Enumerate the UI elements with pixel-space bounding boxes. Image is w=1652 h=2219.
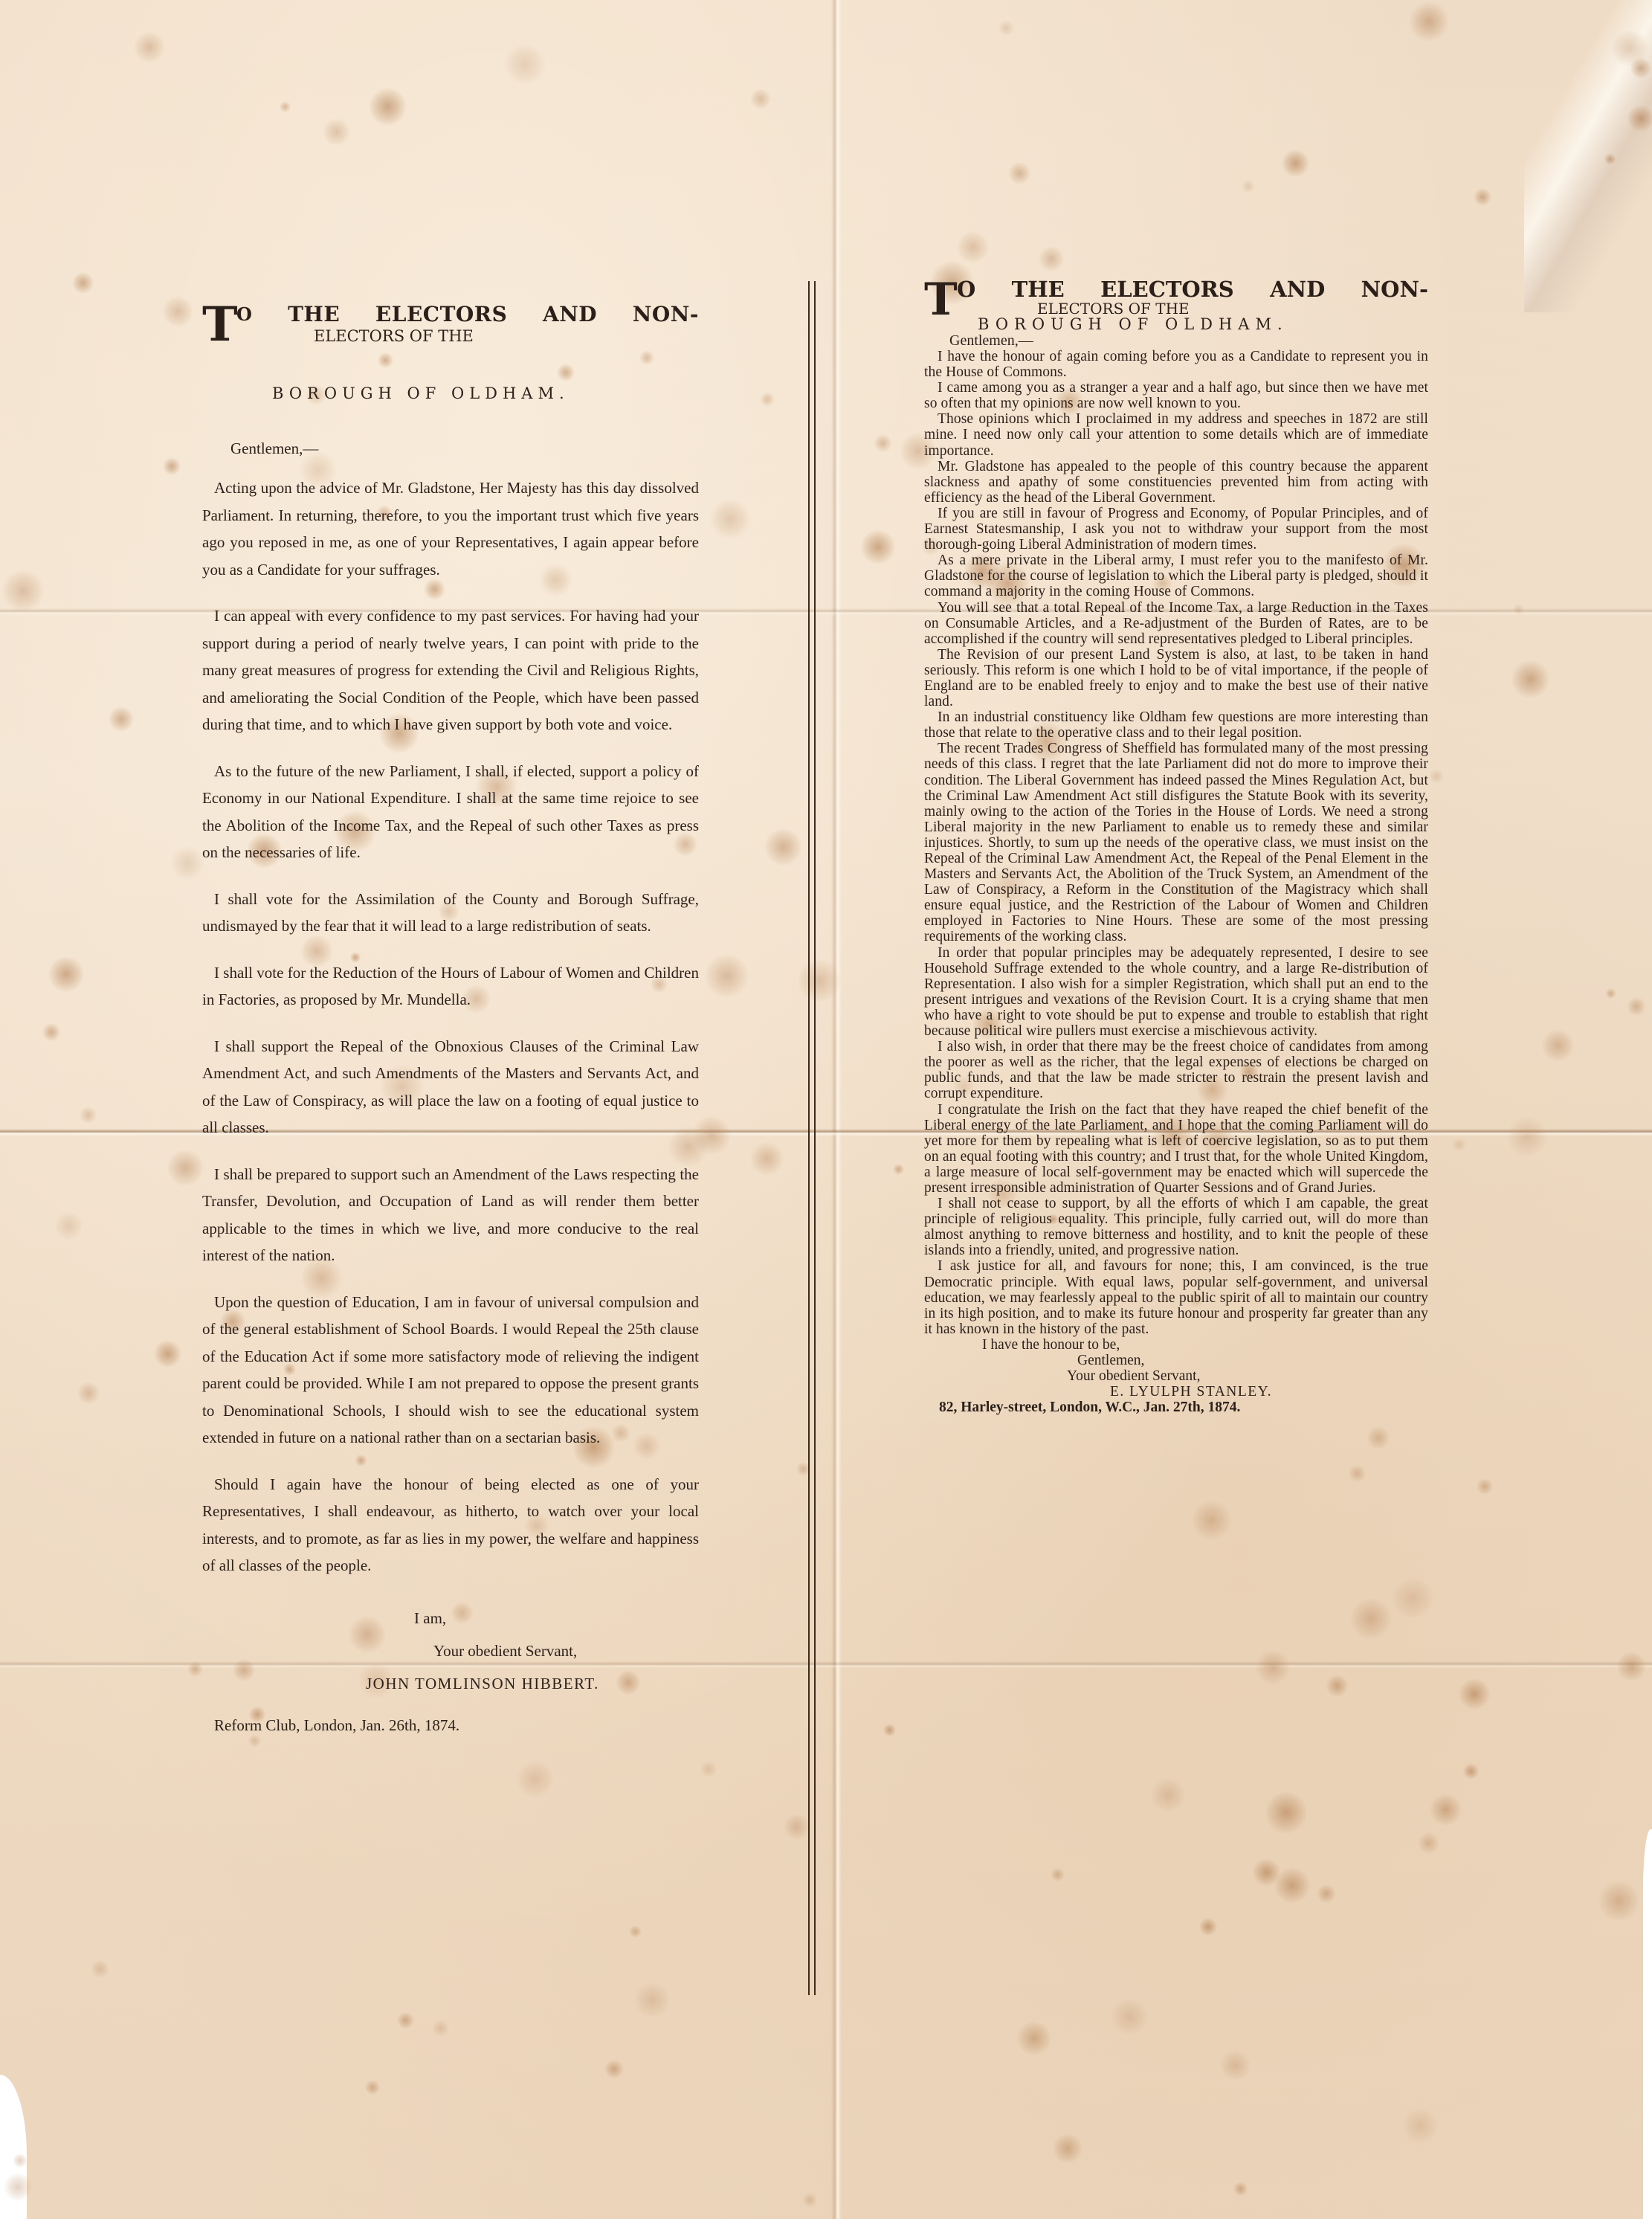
foxing-spot xyxy=(1463,1763,1479,1779)
foxing-spot xyxy=(1418,1832,1439,1854)
torn-edge-right xyxy=(1643,1829,1652,2219)
foxing-spot xyxy=(750,88,771,109)
address-body: I have the honour of again coming before… xyxy=(924,349,1428,1337)
heading-line-1: O THE ELECTORS AND NON- xyxy=(957,279,1428,300)
foxing-spot xyxy=(1039,246,1064,271)
foxing-spot xyxy=(893,1164,904,1175)
foxing-spot xyxy=(1282,149,1309,177)
foxing-spot xyxy=(1051,1868,1064,1881)
foxing-spot xyxy=(1053,2133,1082,2162)
foxing-spot xyxy=(163,457,181,475)
borough-title: BOROUGH OF OLDHAM. xyxy=(978,316,1428,332)
foxing-spot xyxy=(170,846,204,880)
foxing-spot xyxy=(77,1382,100,1404)
foxing-spot xyxy=(710,499,751,540)
foxing-spot xyxy=(957,231,989,263)
foxing-spot xyxy=(1511,660,1549,698)
foxing-spot xyxy=(432,2020,449,2037)
foxing-spot xyxy=(1317,1884,1335,1903)
heading-line-1: O THE ELECTORS AND NON- xyxy=(236,304,699,325)
foxing-spot xyxy=(1429,769,1444,784)
paragraph: As to the future of the new Parliament, … xyxy=(202,758,699,866)
paragraph: The Revision of our present Land System … xyxy=(924,647,1428,709)
foxing-spot xyxy=(705,954,749,998)
foxing-spot xyxy=(1253,1858,1281,1887)
foxing-spot xyxy=(1265,1791,1307,1833)
borough-title: BOROUGH OF OLDHAM. xyxy=(272,384,699,402)
foxing-spot xyxy=(1430,1794,1462,1826)
foxing-spot xyxy=(167,1150,204,1186)
paragraph: Should I again have the honour of being … xyxy=(202,1471,699,1579)
foxing-spot xyxy=(134,32,164,62)
address-heading: T O THE ELECTORS AND NON- ELECTORS OF TH… xyxy=(202,301,699,353)
paragraph: I came among you as a stranger a year an… xyxy=(924,380,1428,411)
foxing-spot xyxy=(784,1814,810,1840)
foxing-spot xyxy=(764,828,801,866)
paragraph: Upon the question of Education, I am in … xyxy=(202,1289,699,1452)
foxing-spot xyxy=(1349,1465,1365,1481)
foxing-spot xyxy=(1326,1675,1348,1696)
foxing-spot xyxy=(1199,1918,1217,1936)
foxing-spot xyxy=(48,956,84,992)
curled-corner-bottom-left xyxy=(0,2075,27,2219)
hibbert-address: T O THE ELECTORS AND NON- ELECTORS OF TH… xyxy=(202,301,699,1735)
foxing-spot xyxy=(700,1761,717,1777)
foxing-spot xyxy=(1605,988,1616,999)
heading-line-2: ELECTORS OF THE xyxy=(314,328,474,344)
dateline: Reform Club, London, Jan. 26th, 1874. xyxy=(214,1716,699,1735)
foxing-spot xyxy=(1151,1778,1185,1812)
paragraph: Acting upon the advice of Mr. Gladstone,… xyxy=(202,474,699,583)
foxing-spot xyxy=(1017,2021,1051,2055)
paragraph: I ask justice for all, and favours for n… xyxy=(924,1258,1428,1336)
foxing-spot xyxy=(1192,1501,1231,1540)
foxing-spot xyxy=(1507,1116,1547,1156)
paragraph: I shall vote for the Reduction of the Ho… xyxy=(202,959,699,1014)
foxing-spot xyxy=(1452,1138,1466,1152)
foxing-spot xyxy=(1392,1577,1433,1619)
foxing-spot xyxy=(604,2060,624,2079)
dateline: 82, Harley-street, London, W.C., Jan. 27… xyxy=(939,1400,1428,1415)
foxing-spot xyxy=(1367,1426,1390,1449)
foxing-spot xyxy=(323,118,350,146)
foxing-spot xyxy=(1,570,44,612)
crumpled-corner xyxy=(1524,0,1652,312)
foxing-spot xyxy=(1274,1867,1311,1904)
foxing-spot xyxy=(1111,1998,1148,2035)
foxing-spot xyxy=(998,20,1013,35)
foxing-spot xyxy=(91,1960,109,1979)
foxing-spot xyxy=(874,434,892,453)
salutation: Gentlemen,— xyxy=(230,439,699,458)
aged-paper-sheet: T O THE ELECTORS AND NON- ELECTORS OF TH… xyxy=(0,0,1652,2219)
foxing-spot xyxy=(55,1212,83,1240)
foxing-spot xyxy=(1542,1029,1574,1061)
signature: JOHN TOMLINSON HIBBERT. xyxy=(366,1667,699,1700)
closing: I am, Your obedient Servant, JOHN TOMLIN… xyxy=(202,1602,699,1700)
paragraph: If you are still in favour of Progress a… xyxy=(924,506,1428,553)
vertical-fold-crease xyxy=(831,0,842,2219)
foxing-spot xyxy=(154,1340,181,1368)
paragraph: I shall vote for the Assimilation of the… xyxy=(202,886,699,940)
foxing-spot xyxy=(80,1107,97,1124)
foxing-spot xyxy=(1242,180,1255,193)
foxing-spot xyxy=(1402,2108,1438,2144)
foxing-spot xyxy=(504,43,546,85)
paragraph: In order that popular principles may be … xyxy=(924,945,1428,1040)
paragraph: Those opinions which I proclaimed in my … xyxy=(924,411,1428,458)
foxing-spot xyxy=(1008,162,1030,184)
foxing-spot xyxy=(883,1724,896,1736)
foxing-spot xyxy=(72,272,94,294)
drop-cap: T xyxy=(924,277,958,322)
foxing-spot xyxy=(1477,1478,1493,1495)
foxing-spot xyxy=(861,529,896,564)
foxing-spot xyxy=(634,1983,669,2017)
address-heading: T O THE ELECTORS AND NON- ELECTORS OF TH… xyxy=(924,277,1428,310)
column-divider-double-rule xyxy=(808,281,816,1995)
paragraph: I shall support the Repeal of the Obnoxi… xyxy=(202,1033,699,1141)
foxing-spot xyxy=(760,392,775,407)
paragraph: You will see that a total Repeal of the … xyxy=(924,600,1428,647)
foxing-spot xyxy=(516,1760,555,1799)
paragraph: In an industrial constituency like Oldha… xyxy=(924,709,1428,741)
foxing-spot xyxy=(397,2012,413,2029)
foxing-spot xyxy=(369,88,407,126)
paragraph: I have the honour of again coming before… xyxy=(924,349,1428,380)
foxing-spot xyxy=(365,2080,379,2094)
paragraph: The recent Trades Congress of Sheffield … xyxy=(924,741,1428,944)
heading-line-2: ELECTORS OF THE xyxy=(1037,301,1190,316)
foxing-spot xyxy=(248,1734,261,1747)
foxing-spot xyxy=(750,1142,784,1176)
foxing-spot xyxy=(802,2193,817,2208)
foxing-spot xyxy=(42,1023,60,1041)
foxing-spot xyxy=(1409,1,1449,42)
paragraph: As a mere private in the Liberal army, I… xyxy=(924,553,1428,599)
foxing-spot xyxy=(1350,1598,1392,1640)
paragraph: I shall not cease to support, by all the… xyxy=(924,1196,1428,1258)
foxing-spot xyxy=(1474,188,1491,206)
foxing-spot xyxy=(629,1925,642,1938)
foxing-spot xyxy=(162,296,193,326)
salutation: Gentlemen,— xyxy=(949,332,1428,349)
foxing-spot xyxy=(1627,997,1646,1017)
foxing-spot xyxy=(1233,2182,1247,2195)
address-body: Acting upon the advice of Mr. Gladstone,… xyxy=(202,474,699,1579)
closing: I have the honour to be, Gentlemen, Your… xyxy=(924,1337,1428,1400)
foxing-spot xyxy=(280,101,291,112)
paragraph: Mr. Gladstone has appealed to the people… xyxy=(924,459,1428,506)
signature: E. LYULPH STANLEY. xyxy=(1110,1384,1428,1400)
paragraph: I shall be prepared to support such an A… xyxy=(202,1161,699,1269)
paragraph: I congratulate the Irish on the fact tha… xyxy=(924,1102,1428,1197)
foxing-spot xyxy=(1598,1881,1639,1921)
foxing-spot xyxy=(1459,1678,1490,1710)
paragraph: I also wish, in order that there may be … xyxy=(924,1039,1428,1101)
foxing-spot xyxy=(1220,2050,1251,2081)
drop-cap: T xyxy=(202,301,238,349)
stanley-address: T O THE ELECTORS AND NON- ELECTORS OF TH… xyxy=(924,277,1428,1415)
foxing-spot xyxy=(109,706,133,731)
paragraph: I can appeal with every confidence to my… xyxy=(202,602,699,738)
